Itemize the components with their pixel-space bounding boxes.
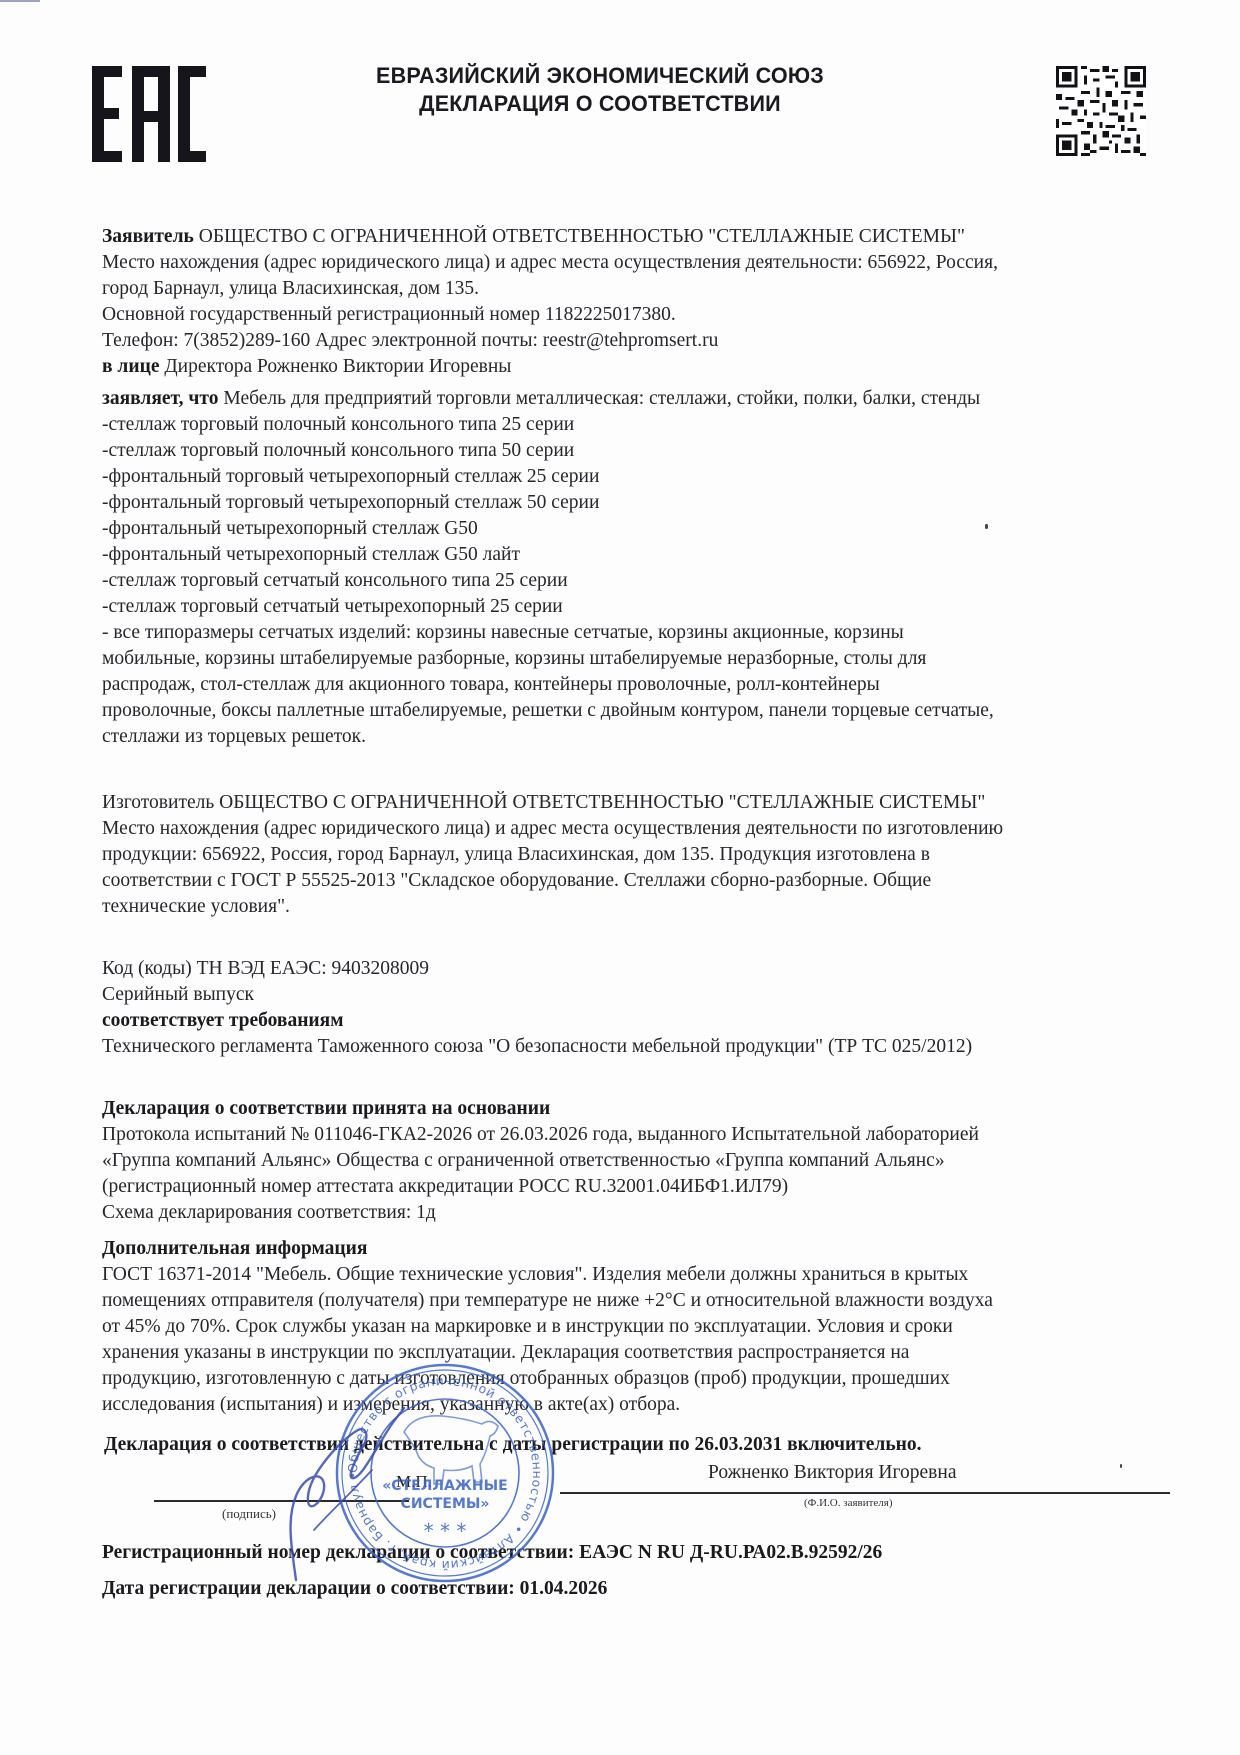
document-header: ЕВРАЗИЙСКИЙ ЭКОНОМИЧЕСКИЙ СОЮЗ ДЕКЛАРАЦИ… [0, 0, 1240, 180]
mesh-products-line: стеллажи из торцевых решеток. [102, 724, 1182, 750]
manufacturer-line: продукции: 656922, Россия, город Барнаул… [102, 842, 1182, 868]
svg-text:* * *: * * * [424, 1519, 467, 1543]
technical-regulation: Технического регламента Таможенного союз… [102, 1034, 1182, 1060]
product-item: -стеллаж торговый сетчатый консольного т… [102, 568, 1182, 594]
declares-label: заявляет, что [102, 388, 219, 409]
applicant-section: Заявитель ОБЩЕСТВО С ОГРАНИЧЕННОЙ ОТВЕТС… [102, 224, 1182, 380]
mesh-products-line: мобильные, корзины штабелируемые разборн… [102, 646, 1182, 672]
scan-speck [985, 524, 988, 529]
fio-caption: (Ф.И.О. заявителя) [804, 1497, 893, 1509]
mesh-products-line: распродаж, стол-стеллаж для акционного т… [102, 672, 1182, 698]
handwritten-signature-icon [262, 1400, 412, 1590]
product-item: -фронтальный торговый четырехопорный сте… [102, 464, 1182, 490]
qr-code-icon [1056, 66, 1146, 156]
production-type: Серийный выпуск [102, 982, 1182, 1008]
additional-info-heading: Дополнительная информация [102, 1236, 1182, 1262]
additional-info-line: ГОСТ 16371-2014 "Мебель. Общие техническ… [102, 1262, 1182, 1288]
product-item: -фронтальный четырехопорный стеллаж G50 [102, 516, 1182, 542]
eac-logo-icon [92, 66, 206, 162]
basis-line: «Группа компаний Альянс» Общества с огра… [102, 1148, 1182, 1174]
representative-label: в лице [102, 356, 159, 377]
product-description: Мебель для предприятий торговли металлич… [219, 388, 981, 409]
basis-section: Декларация о соответствии принята на осн… [102, 1096, 1182, 1226]
seal-center-line2: СИСТЕМЫ» [401, 1496, 490, 1512]
additional-info-line: помещениях отправителя (получателя) при … [102, 1288, 1182, 1314]
title-declaration: ДЕКЛАРАЦИЯ О СООТВЕТСТВИИ [306, 90, 894, 118]
manufacturer-line: соответствии с ГОСТ Р 55525-2013 "Складс… [102, 868, 1182, 894]
additional-info-line: от 45% до 70%. Срок службы указан на мар… [102, 1314, 1182, 1340]
basis-line: (регистрационный номер аттестата аккреди… [102, 1174, 1182, 1200]
applicant-contacts: Телефон: 7(3852)289-160 Адрес электронно… [102, 328, 1182, 354]
title-union: ЕВРАЗИЙСКИЙ ЭКОНОМИЧЕСКИЙ СОЮЗ [306, 62, 894, 90]
applicant-address-line1: Место нахождения (адрес юридического лиц… [102, 250, 1182, 276]
signer-name: Рожненко Виктория Игоревна [708, 1462, 956, 1484]
classification-section: Код (коды) ТН ВЭД ЕАЭС: 9403208009 Серий… [102, 956, 1182, 1060]
complies-label: соответствует требованиям [102, 1008, 1182, 1034]
applicant-label: Заявитель [102, 226, 194, 247]
applicant-name: ОБЩЕСТВО С ОГРАНИЧЕННОЙ ОТВЕТСТВЕННОСТЬЮ… [194, 226, 965, 247]
representative-name: Директора Рожненко Виктории Игоревны [159, 356, 511, 377]
tn-ved-code: Код (коды) ТН ВЭД ЕАЭС: 9403208009 [102, 956, 1182, 982]
product-item: -стеллаж торговый сетчатый четырехопорны… [102, 594, 1182, 620]
manufacturer-line: технические условия". [102, 894, 1182, 920]
mesh-products-line: проволочные, боксы паллетные штабелируем… [102, 698, 1182, 724]
scan-speck [1120, 1464, 1122, 1468]
product-item: -фронтальный торговый четырехопорный сте… [102, 490, 1182, 516]
basis-line: Протокола испытаний № 011046-ГКА2-2026 о… [102, 1122, 1182, 1148]
declaration-scheme: Схема декларирования соответствия: 1д [102, 1200, 1182, 1226]
basis-heading: Декларация о соответствии принята на осн… [102, 1096, 1182, 1122]
declaration-page: ЕВРАЗИЙСКИЙ ЭКОНОМИЧЕСКИЙ СОЮЗ ДЕКЛАРАЦИ… [0, 0, 1240, 1755]
product-item: -стеллаж торговый полочный консольного т… [102, 438, 1182, 464]
manufacturer-name: ОБЩЕСТВО С ОГРАНИЧЕННОЙ ОТВЕТСТВЕННОСТЬЮ… [214, 792, 985, 813]
manufacturer-label: Изготовитель [102, 792, 214, 813]
manufacturer-line: Место нахождения (адрес юридического лиц… [102, 816, 1182, 842]
product-item: -стеллаж торговый полочный консольного т… [102, 412, 1182, 438]
product-item: -фронтальный четырехопорный стеллаж G50 … [102, 542, 1182, 568]
additional-info-section: Дополнительная информация ГОСТ 16371-201… [102, 1236, 1182, 1418]
mesh-products-line: - все типоразмеры сетчатых изделий: корз… [102, 620, 1182, 646]
document-title: ЕВРАЗИЙСКИЙ ЭКОНОМИЧЕСКИЙ СОЮЗ ДЕКЛАРАЦИ… [306, 62, 894, 118]
additional-info-line: хранения указаны в инструкции по эксплуа… [102, 1340, 1182, 1366]
applicant-address-line2: город Барнаул, улица Власихинская, дом 1… [102, 276, 1182, 302]
name-line [560, 1492, 1170, 1494]
declares-section: заявляет, что Мебель для предприятий тор… [102, 386, 1182, 750]
applicant-ogrn: Основной государственный регистрационный… [102, 302, 1182, 328]
manufacturer-section: Изготовитель ОБЩЕСТВО С ОГРАНИЧЕННОЙ ОТВ… [102, 790, 1182, 920]
additional-info-line: продукцию, изготовленную с даты изготовл… [102, 1366, 1182, 1392]
